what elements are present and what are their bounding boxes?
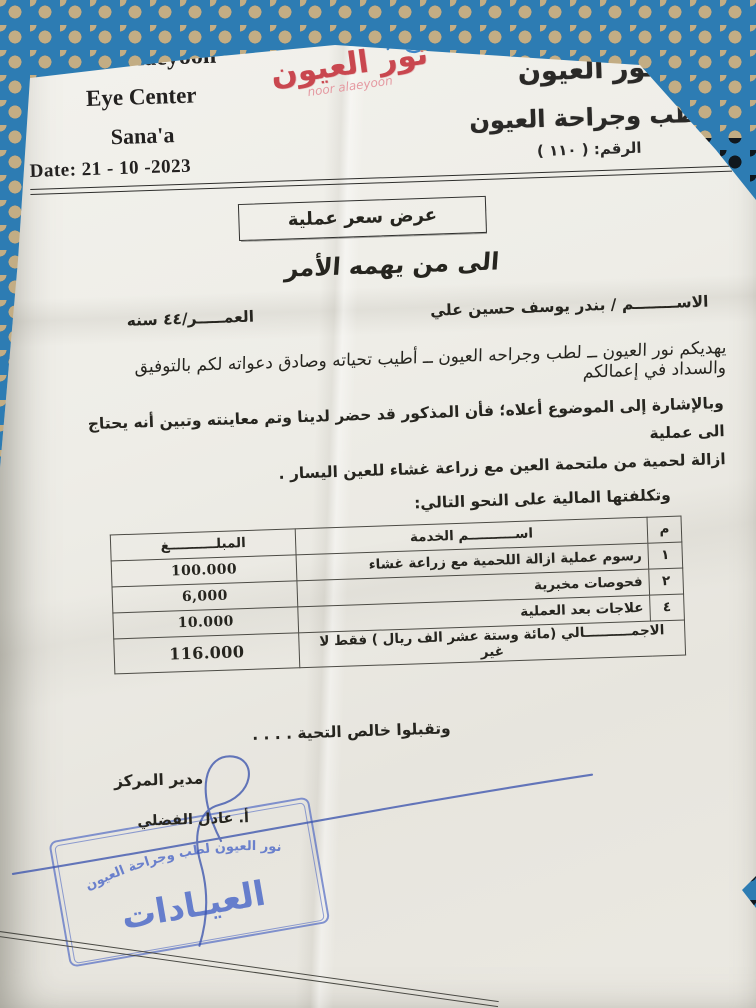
date-line: Date: 21 - 10 -2023	[29, 153, 258, 183]
document-title: عرض سعر عملية	[238, 196, 486, 241]
clinic-city-en: Sana'a	[28, 119, 257, 153]
row-no: ٤	[650, 594, 685, 621]
clinic-type-en: Eye Center	[27, 80, 256, 114]
total-amount: 116.000	[114, 632, 300, 673]
patient-age: العمـــــر/٤٤ سنه	[126, 308, 254, 330]
col-header-no: م	[647, 516, 682, 543]
salutation: الى من يهمه الأمر	[40, 239, 744, 290]
price-table: م اســــــــــم الخدمة المبلــــــــــغ …	[110, 515, 686, 674]
signatory-title: مدير المركز	[114, 769, 204, 790]
document-content: Noor Alaeyoon Eye Center Sana'a Date: 21…	[25, 18, 756, 1001]
body-paragraph: وبالإشارة إلى الموضوع أعلاه؛ فأن المذكور…	[38, 390, 742, 497]
document-number: الرقم: ( ١١٠ )	[447, 136, 731, 163]
greeting-line: يهديكم نور العيون ــ لطب وجراحه العيون ـ…	[36, 338, 738, 401]
row-no: ٢	[649, 568, 684, 595]
title-box-wrap: عرض سعر عملية	[11, 188, 714, 248]
signature-scribble	[3, 736, 611, 996]
row-no: ١	[648, 542, 683, 569]
document-sheet: Noor Alaeyoon Eye Center Sana'a Date: 21…	[0, 0, 756, 1008]
patient-name: الاســــــــم / بندر يوسف حسين علي	[430, 293, 709, 320]
signature-block: مدير المركز أ. عادل الفضلي نور العيون لط…	[49, 741, 756, 1004]
patient-line: الاســــــــم / بندر يوسف حسين علي العمـ…	[34, 292, 736, 333]
